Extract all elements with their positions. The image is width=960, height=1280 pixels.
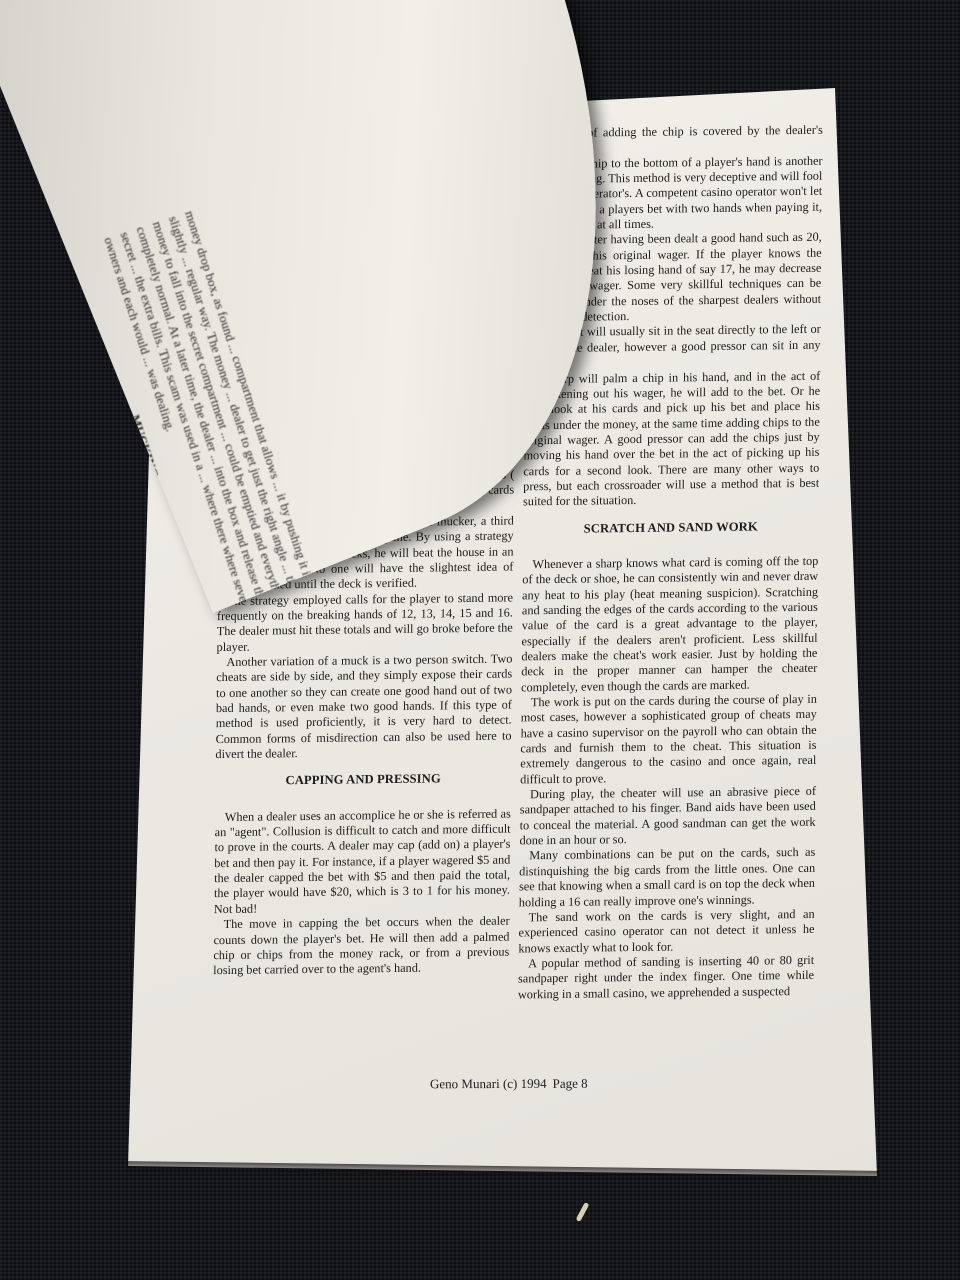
paragraph: The move in capping the bet occurs when …: [213, 914, 510, 979]
paragraph: When a dealer uses an accomplice he or s…: [214, 806, 511, 917]
paragraph: A popular method of sanding is inserting…: [518, 953, 814, 1003]
footer-author: Geno Munari (c) 1994: [430, 1076, 547, 1091]
paragraph: Many combinations can be put on the card…: [519, 845, 816, 910]
paragraph: The strategy employed calls for the play…: [217, 590, 514, 655]
paragraph: The sand work on the cards is very sligh…: [518, 907, 814, 957]
paragraph: Another variation of a muck is a two per…: [215, 651, 512, 762]
heading-capping-pressing: CAPPING AND PRESSING: [215, 771, 511, 790]
paragraph: During play, the cheater will use an abr…: [519, 784, 816, 849]
paragraph: The work is put on the cards during the …: [520, 692, 817, 788]
debris-speck: [576, 1202, 590, 1222]
paragraph: Whenever a sharp knows what card is comi…: [521, 554, 818, 696]
footer-page-number: Page 8: [553, 1076, 588, 1091]
page-footer: Geno Munari (c) 1994Page 8: [430, 1076, 588, 1093]
heading-scratch-sand: SCRATCH AND SAND WORK: [523, 518, 819, 537]
paragraph: A sharp will palm a chip in his hand, an…: [523, 368, 820, 510]
